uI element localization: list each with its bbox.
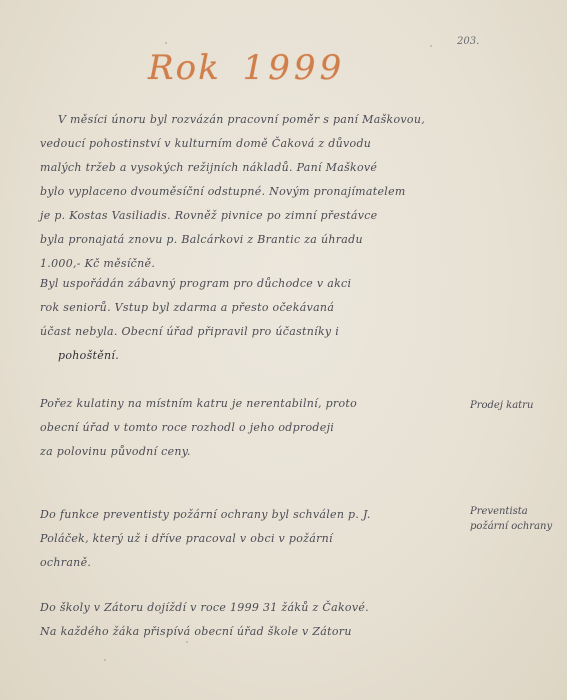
text-line: Do školy v Zátoru dojíždí v roce 1999 31…	[40, 596, 460, 620]
margin-note-preventista: Preventista požární ochrany	[470, 504, 560, 534]
page-title: Rok1999	[148, 48, 345, 88]
text-line: účast nebyla. Obecní úřad připravil pro …	[40, 320, 460, 344]
text-line: vedoucí pohostinství v kulturním domě Ča…	[40, 132, 460, 156]
text-line: Na každého žáka přispívá obecní úřad ško…	[40, 620, 460, 644]
paragraph-pohostinstvi: V měsíci únoru byl rozvázán pracovní pom…	[40, 108, 460, 276]
text-line: obecní úřad v tomto roce rozhodl o jeho …	[40, 416, 460, 440]
paragraph-prodej-katru: Pořez kulatiny na místním katru je neren…	[40, 392, 460, 464]
text-line: Poláček, který už i dříve pracoval v obc…	[40, 527, 460, 551]
title-word: Rok	[148, 48, 221, 88]
text-line: ochraně.	[40, 551, 460, 575]
text-line: byla pronajatá znovu p. Balcárkovi z Bra…	[40, 228, 460, 252]
paper-speck	[104, 659, 106, 661]
text-line: za polovinu původní ceny.	[40, 440, 460, 464]
margin-note-prodej-katru: Prodej katru	[470, 398, 560, 413]
title-year: 1999	[243, 48, 346, 88]
text-line: Do funkce preventisty požární ochrany by…	[40, 503, 460, 527]
paper-speck	[430, 45, 432, 47]
paragraph-rok-senioru: Byl uspořádán zábavný program pro důchod…	[40, 272, 460, 368]
text-line: Pořez kulatiny na místním katru je neren…	[40, 392, 460, 416]
text-line: rok seniorů. Vstup byl zdarma a přesto o…	[40, 296, 460, 320]
text-line: Byl uspořádán zábavný program pro důchod…	[40, 272, 460, 296]
text-line: V měsíci únoru byl rozvázán pracovní pom…	[40, 108, 460, 132]
page-number: 203.	[457, 36, 479, 47]
text-line: je p. Kostas Vasiliadis. Rovněž pivnice …	[40, 204, 460, 228]
margin-note-line: Preventista	[470, 504, 560, 519]
text-line: pohoštění.	[40, 344, 460, 368]
paragraph-preventista: Do funkce preventisty požární ochrany by…	[40, 503, 460, 575]
margin-note-line: Prodej katru	[470, 398, 560, 413]
text-line: malých tržeb a vysokých režijních náklad…	[40, 156, 460, 180]
margin-note-line: požární ochrany	[470, 519, 560, 534]
paper-speck	[186, 641, 188, 643]
paper-speck	[165, 42, 167, 44]
paragraph-skola: Do školy v Zátoru dojíždí v roce 1999 31…	[40, 596, 460, 644]
chronicle-page: 203. Rok1999 V měsíci únoru byl rozvázán…	[0, 0, 567, 700]
text-line: bylo vyplaceno dvouměsíční odstupné. Nov…	[40, 180, 460, 204]
